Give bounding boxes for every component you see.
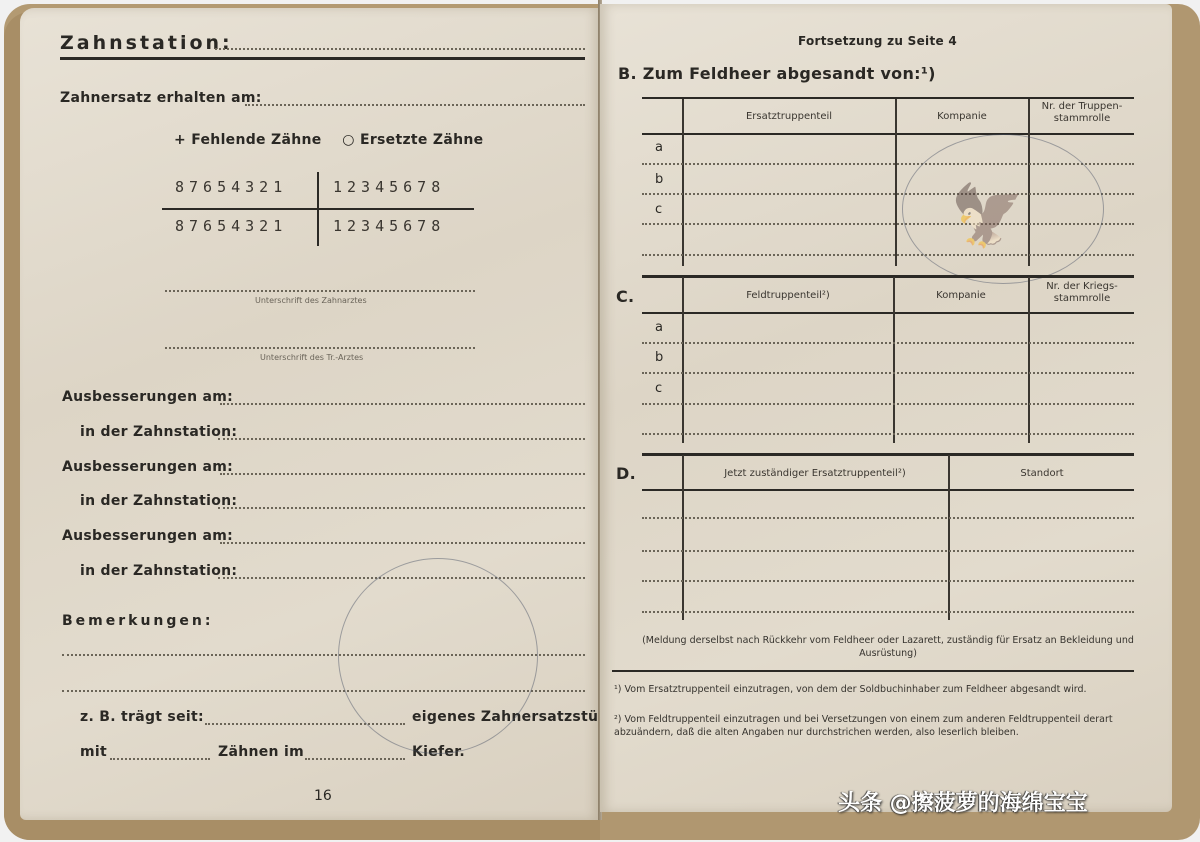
- tooth-chart-upper-left[interactable]: 87654321: [175, 178, 287, 196]
- section-d-note: (Meldung derselbst nach Rückkehr vom Fel…: [640, 634, 1136, 660]
- replaced-teeth-label: Ersetzte Zähne: [360, 132, 483, 148]
- page-number: 16: [314, 788, 332, 804]
- section-c-row-label: c: [655, 381, 662, 396]
- tooth-chart-lower-left[interactable]: 87654321: [175, 217, 287, 235]
- section-c-row-label: a: [655, 320, 663, 335]
- watermark: 头条 @擦菠萝的海绵宝宝: [838, 786, 1088, 817]
- section-c-row-d[interactable]: [642, 433, 1134, 435]
- repair-date-label-1: Ausbesserungen am:: [62, 389, 233, 405]
- repair-date-label-2: Ausbesserungen am:: [62, 459, 233, 475]
- dental-station-field[interactable]: [215, 48, 585, 50]
- section-d-col-header: Standort: [950, 468, 1134, 480]
- jaw-field[interactable]: [305, 758, 405, 760]
- section-c-col-divider-3: [1028, 277, 1030, 443]
- repair-date-label-3: Ausbesserungen am:: [62, 528, 233, 544]
- section-c-row-b[interactable]: [642, 372, 1134, 374]
- round-stamp-left: [338, 558, 538, 754]
- footnote-rule: [612, 670, 1134, 672]
- section-c-header-rule: [642, 312, 1134, 314]
- section-b-title: B. Zum Feldheer abgesandt von:¹): [618, 64, 936, 83]
- repair-date-field-1[interactable]: [220, 403, 585, 405]
- repair-station-label-1: in der Zahnstation:: [80, 424, 237, 440]
- tooth-chart-lower-right[interactable]: 12345678: [333, 217, 445, 235]
- section-d-row-3[interactable]: [642, 580, 1134, 582]
- repair-station-label-2: in der Zahnstation:: [80, 493, 237, 509]
- circle-icon: ○: [342, 132, 355, 148]
- section-c-row-label: b: [655, 350, 663, 365]
- remarks-label: Bemerkungen:: [62, 613, 213, 629]
- denture-received-field[interactable]: [245, 104, 585, 106]
- repair-station-field-1[interactable]: [218, 438, 585, 440]
- section-b-row-label: c: [655, 202, 662, 217]
- section-d-row-4[interactable]: [642, 611, 1134, 613]
- missing-teeth-label: Fehlende Zähne: [191, 132, 321, 148]
- section-b-col-divider-1: [682, 99, 684, 266]
- section-b-col-header: Ersatztruppenteil: [684, 111, 894, 123]
- section-c-row-c[interactable]: [642, 403, 1134, 405]
- section-c-col-header: Nr. der Kriegs-stammrolle: [1032, 281, 1132, 305]
- tooth-chart-vertical-line: [317, 172, 319, 246]
- dentist-signature-label: Unterschrift des Zahnarztes: [255, 296, 367, 305]
- section-d-top-rule: [642, 453, 1134, 456]
- section-b-col-header: Kompanie: [897, 111, 1027, 123]
- doctor-signature-label: Unterschrift des Tr.-Arztes: [260, 353, 363, 362]
- section-d-letter: D.: [616, 464, 636, 483]
- page-title: Zahnstation:: [60, 32, 233, 54]
- example-since-label: z. B. trägt seit:: [80, 709, 204, 725]
- section-c-letter: C.: [616, 287, 634, 306]
- denture-received-label: Zahnersatz erhalten am:: [60, 90, 262, 106]
- continuation-label: Fortsetzung zu Seite 4: [798, 34, 957, 48]
- plus-icon: +: [174, 132, 186, 148]
- section-b-col-header: Nr. der Truppen-stammrolle: [1032, 101, 1132, 125]
- repair-date-field-2[interactable]: [220, 473, 585, 475]
- legend: + Fehlende Zähne ○ Ersetzte Zähne: [174, 132, 483, 148]
- section-b-row-label: a: [655, 140, 663, 155]
- section-c-top-rule: [642, 275, 1134, 278]
- eagle-emblem-icon: 🦅: [950, 180, 1025, 251]
- section-c-row-a[interactable]: [642, 342, 1134, 344]
- footnote-2: ²) Vom Feldtruppenteil einzutragen und b…: [614, 713, 1136, 739]
- section-c-col-header: Kompanie: [895, 290, 1027, 302]
- section-d-row-2[interactable]: [642, 550, 1134, 552]
- section-b-top-rule: [642, 97, 1134, 99]
- title-underline: [60, 57, 585, 60]
- repair-station-label-3: in der Zahnstation:: [80, 563, 237, 579]
- footnote-1: ¹) Vom Ersatztruppenteil einzutragen, vo…: [614, 683, 1136, 696]
- teeth-in-label: Zähnen im: [218, 744, 304, 760]
- doctor-signature-field[interactable]: [165, 347, 475, 349]
- section-d-header-rule: [642, 489, 1134, 491]
- teeth-count-field[interactable]: [110, 758, 210, 760]
- with-label: mit: [80, 744, 107, 760]
- section-b-header-rule: [642, 133, 1134, 135]
- section-d-col-header: Jetzt zuständiger Ersatztruppenteil²): [684, 468, 946, 480]
- repair-date-field-3[interactable]: [220, 542, 585, 544]
- tooth-chart-upper-right[interactable]: 12345678: [333, 178, 445, 196]
- repair-station-field-2[interactable]: [218, 507, 585, 509]
- section-b-col-divider-2: [895, 99, 897, 266]
- section-d-row-1[interactable]: [642, 517, 1134, 519]
- dentist-signature-field[interactable]: [165, 290, 475, 292]
- section-b-row-label: b: [655, 172, 663, 187]
- section-c-col-header: Feldtruppenteil²): [684, 290, 892, 302]
